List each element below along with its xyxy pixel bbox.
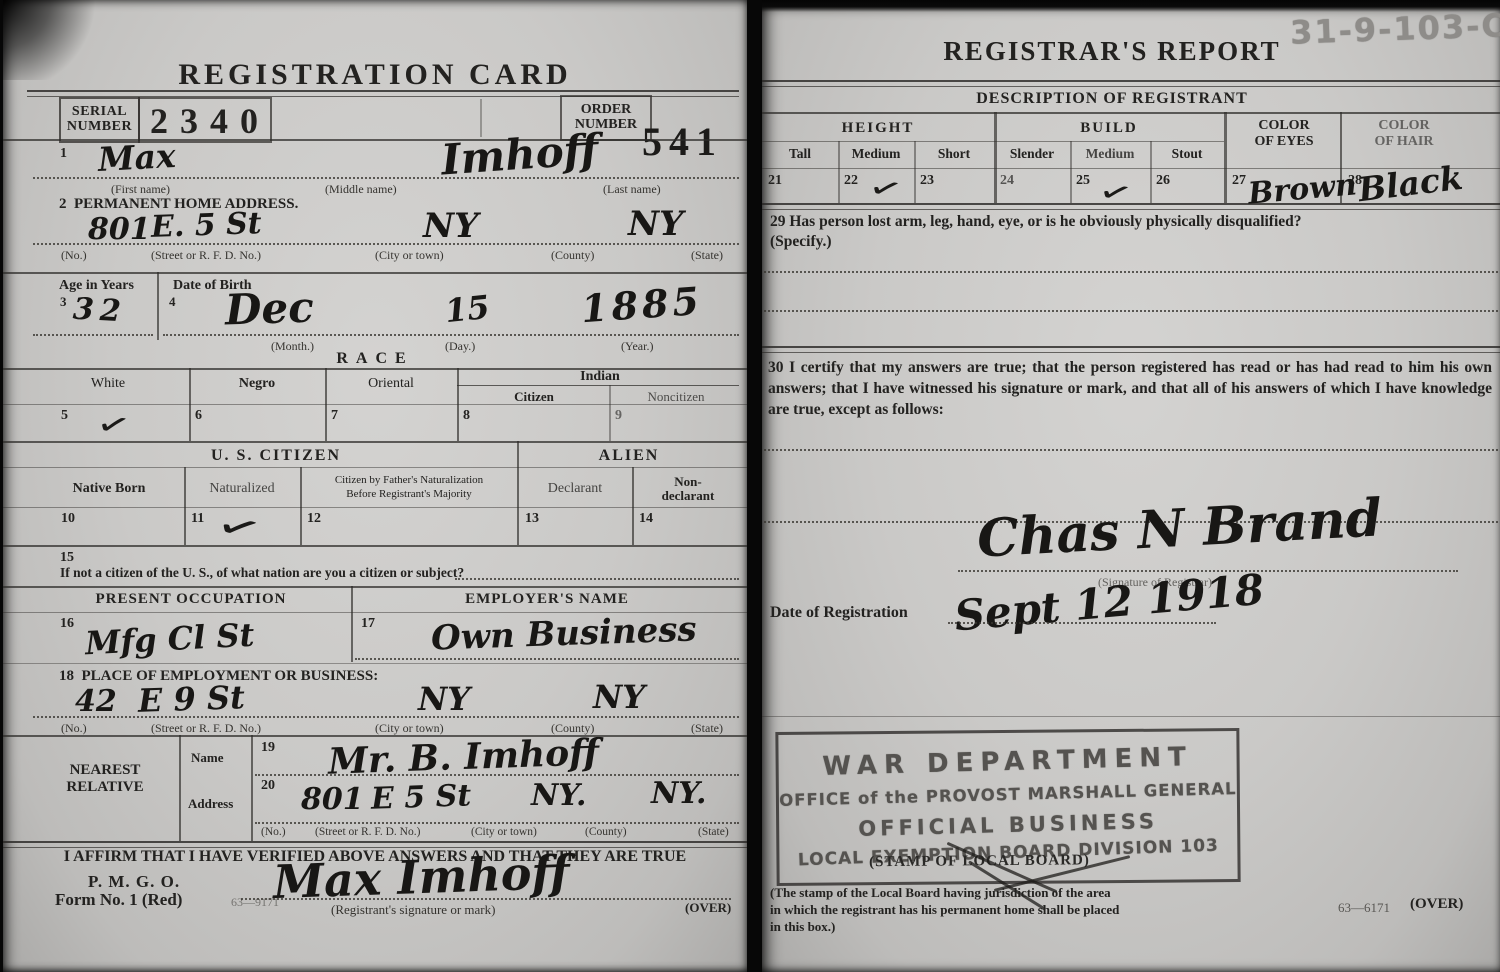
work-street-handwriting: E 9 St (137, 678, 245, 720)
no-label: (No.) (61, 721, 87, 736)
item-number-25: 25 (1076, 173, 1090, 189)
work-state-handwriting: NY (593, 678, 645, 716)
rule (3, 735, 747, 737)
build-medium-header: Medium (1070, 146, 1150, 162)
home-street-handwriting: E. 5 St (150, 206, 262, 245)
rule (3, 507, 747, 508)
item-number-20: 20 (261, 778, 275, 794)
dotted-line (455, 578, 739, 580)
employers-name-header: EMPLOYER'S NAME (355, 591, 739, 608)
tall-header: Tall (762, 146, 838, 162)
rule (762, 141, 1224, 142)
serial-number: 2340 (140, 100, 270, 142)
race-indian-header: Indian (461, 369, 739, 385)
state-label: (State) (691, 721, 723, 736)
relative-name-label: Name (191, 750, 224, 766)
first-name-handwriting: Max (97, 136, 177, 179)
home-no-handwriting: 801 (88, 212, 151, 247)
dotted-line (355, 658, 739, 660)
item-number-11: 11 (191, 511, 204, 527)
stamp-box-instruction-note: (The stamp of the Local Board having jur… (770, 884, 1122, 935)
registrar-signature-handwriting: Chas N Brand (976, 487, 1384, 569)
q29-text: 29 Has person lost arm, leg, hand, eye, … (770, 213, 1302, 230)
rule (3, 404, 747, 405)
relative-address-label: Address (188, 796, 233, 812)
local-board-stamp-box: WAR DEPARTMENT OFFICE of the PROVOST MAR… (775, 728, 1240, 886)
q30-certification-text: 30 I certify that my answers are true; t… (768, 357, 1492, 420)
naturalized-header: Naturalized (188, 481, 296, 497)
divider (632, 467, 634, 545)
card-title: REGISTRATION CARD (3, 58, 747, 92)
item-number-5: 5 (61, 408, 68, 424)
occupation-handwriting: Mfg Cl St (84, 616, 255, 663)
item-number-2: 2 (59, 196, 67, 212)
street-label: (Street or R. F. D. No.) (315, 826, 420, 838)
stamp-line-war-department: WAR DEPARTMENT (778, 741, 1237, 783)
dotted-line (764, 449, 1498, 451)
dotted-line (764, 271, 1498, 273)
city-label: (City or town) (471, 826, 537, 838)
present-occupation-header: PRESENT OCCUPATION (33, 591, 349, 608)
item-number-23: 23 (920, 173, 934, 189)
item-number-19: 19 (261, 740, 275, 756)
relative-state-handwriting: NY. (651, 776, 706, 811)
serial-label-line2: NUMBER (67, 119, 132, 134)
item-number-4: 4 (169, 294, 176, 310)
city-label: (City or town) (375, 248, 444, 263)
rule (762, 716, 1500, 717)
item-number-10: 10 (61, 511, 75, 527)
item-number-6: 6 (195, 408, 202, 424)
over-label: (OVER) (685, 900, 731, 916)
rule (762, 112, 1500, 114)
rule (762, 346, 1500, 353)
dob-day-handwriting: 15 (443, 288, 491, 330)
state-label: (State) (698, 826, 729, 838)
divider (300, 467, 302, 545)
work-no-handwriting: 42 (75, 684, 117, 719)
native-born-header: Native Born (37, 481, 181, 497)
race-section-title: RACE (3, 350, 747, 368)
race-white-header: White (33, 376, 183, 392)
employer-handwriting: Own Business (430, 609, 697, 658)
rule (3, 586, 747, 588)
date-of-registration-label: Date of Registration (770, 604, 908, 622)
middle-name-label: (Middle name) (325, 182, 397, 197)
divider (351, 586, 353, 662)
relative-street-handwriting: E 5 St (370, 778, 471, 816)
rule (457, 385, 739, 386)
city-label: (City or town) (375, 721, 444, 736)
item-number-18: 18 (59, 668, 74, 684)
dotted-line (33, 716, 739, 718)
item-number-1: 1 (60, 146, 67, 162)
non-declarant-header-line2: declarant (636, 488, 740, 504)
short-header: Short (914, 146, 994, 162)
registration-card: REGISTRATION CARD SERIAL NUMBER 2340 ORD… (3, 0, 747, 972)
item-number-14: 14 (639, 511, 653, 527)
scanned-document: REGISTRATION CARD SERIAL NUMBER 2340 ORD… (0, 0, 1500, 972)
last-name-label: (Last name) (603, 182, 661, 197)
race-negro-header: Negro (195, 376, 319, 392)
hair-color-handwriting: Black (1356, 158, 1465, 209)
build-group-header: BUILD (994, 120, 1224, 137)
pmgo-line1: P. M. G. O. (88, 872, 180, 892)
stout-header: Stout (1150, 146, 1224, 162)
pmgo-line2: Form No. 1 (Red) (55, 890, 182, 910)
dotted-line (948, 622, 1216, 624)
item-number-27: 27 (1232, 173, 1246, 189)
item-number-16: 16 (60, 616, 74, 632)
citizen-by-father-header-line1: Citizen by Father's Naturalization (304, 474, 514, 486)
divider (179, 735, 181, 841)
race-indian-noncitizen-header: Noncitizen (613, 389, 739, 405)
us-citizen-header: U. S. CITIZEN (33, 447, 519, 465)
rule (3, 841, 747, 848)
dotted-line (255, 822, 739, 824)
rule (3, 272, 747, 274)
nearest-relative-label-line1: NEAREST (70, 762, 141, 778)
race-oriental-header: Oriental (331, 376, 451, 392)
nearest-relative-label-line2: RELATIVE (66, 779, 143, 795)
state-label: (State) (691, 248, 723, 263)
no-label: (No.) (261, 826, 286, 838)
street-label: (Street or R. F. D. No.) (151, 248, 261, 263)
last-name-handwriting: Imhoff (439, 125, 599, 185)
rule (3, 545, 747, 547)
dotted-line (163, 334, 739, 336)
relative-city-handwriting: NY. (531, 778, 586, 813)
registrars-report-card: 31-9-103-C REGISTRAR'S REPORT DESCRIPTIO… (762, 0, 1500, 972)
item-number-15: 15 (60, 550, 74, 566)
registrant-signature-label: (Registrant's signature or mark) (331, 902, 495, 918)
rule (3, 467, 747, 468)
item-number-21: 21 (768, 173, 782, 189)
alien-header: ALIEN (519, 447, 739, 465)
color-of-hair-header-line1: COLOR (1378, 118, 1429, 133)
height-medium-header: Medium (838, 146, 914, 162)
rule (3, 663, 747, 664)
citizen-by-father-header-line2: Before Registrant's Majority (304, 488, 514, 500)
dob-year-handwriting: 1885 (580, 278, 705, 331)
declarant-header: Declarant (521, 481, 629, 497)
item-number-9: 9 (615, 408, 622, 424)
first-name-label: (First name) (111, 182, 170, 197)
color-of-eyes-header-line2: OF EYES (1255, 134, 1314, 149)
home-city-handwriting: NY (423, 206, 478, 246)
county-label: (County) (585, 826, 627, 838)
over-label: (OVER) (1410, 896, 1463, 913)
serial-number-box: SERIAL NUMBER (59, 97, 140, 143)
item-number-8: 8 (463, 408, 470, 424)
work-city-handwriting: NY (418, 680, 470, 718)
rule (3, 441, 747, 443)
divider (480, 99, 482, 137)
q29-specify-label: (Specify.) (770, 233, 832, 250)
divider (1224, 112, 1227, 203)
dob-month-handwriting: Dec (224, 282, 314, 334)
item-number-12: 12 (307, 511, 321, 527)
dotted-line (33, 334, 153, 336)
rule (762, 80, 1500, 87)
street-label: (Street or R. F. D. No.) (151, 721, 261, 736)
order-number: 541 (642, 118, 723, 165)
item-number-26: 26 (1156, 173, 1170, 189)
dotted-line (764, 310, 1498, 312)
relative-no-handwriting: 801 (301, 782, 364, 817)
dotted-line (241, 898, 731, 900)
divider (609, 385, 611, 441)
serial-label-line1: SERIAL (72, 104, 127, 119)
divider (251, 735, 253, 841)
dotted-line (33, 177, 739, 179)
age-handwriting: 32 (72, 292, 128, 330)
stamp-line-provost-marshall: OFFICE of the PROVOST MARSHALL GENERAL (779, 779, 1237, 810)
color-of-hair-header-line2: OF HAIR (1375, 134, 1434, 149)
color-of-eyes-header-line1: COLOR (1258, 118, 1309, 133)
divider (517, 441, 519, 545)
q15-text: If not a citizen of the U. S., of what n… (60, 565, 464, 581)
home-state-handwriting: NY (628, 204, 683, 244)
card-title: REGISTRAR'S REPORT (762, 36, 1462, 67)
county-label: (County) (551, 248, 594, 263)
item-number-3: 3 (60, 294, 67, 310)
height-group-header: HEIGHT (762, 120, 994, 137)
item-number-13: 13 (525, 511, 539, 527)
item-number-22: 22 (844, 173, 858, 189)
age-column-label: Age in Years (59, 278, 134, 294)
order-label-line1: ORDER (581, 102, 632, 117)
form-code: 63—6171 (1338, 900, 1390, 916)
race-indian-citizen-header: Citizen (461, 389, 607, 405)
dotted-line (33, 243, 739, 245)
no-label: (No.) (61, 248, 87, 263)
divider (157, 272, 159, 340)
divider (184, 467, 186, 545)
item-number-7: 7 (331, 408, 338, 424)
description-section-title: DESCRIPTION OF REGISTRANT (762, 90, 1462, 108)
item-number-24: 24 (1000, 173, 1014, 189)
slender-header: Slender (994, 146, 1070, 162)
item-number-17: 17 (361, 616, 375, 632)
